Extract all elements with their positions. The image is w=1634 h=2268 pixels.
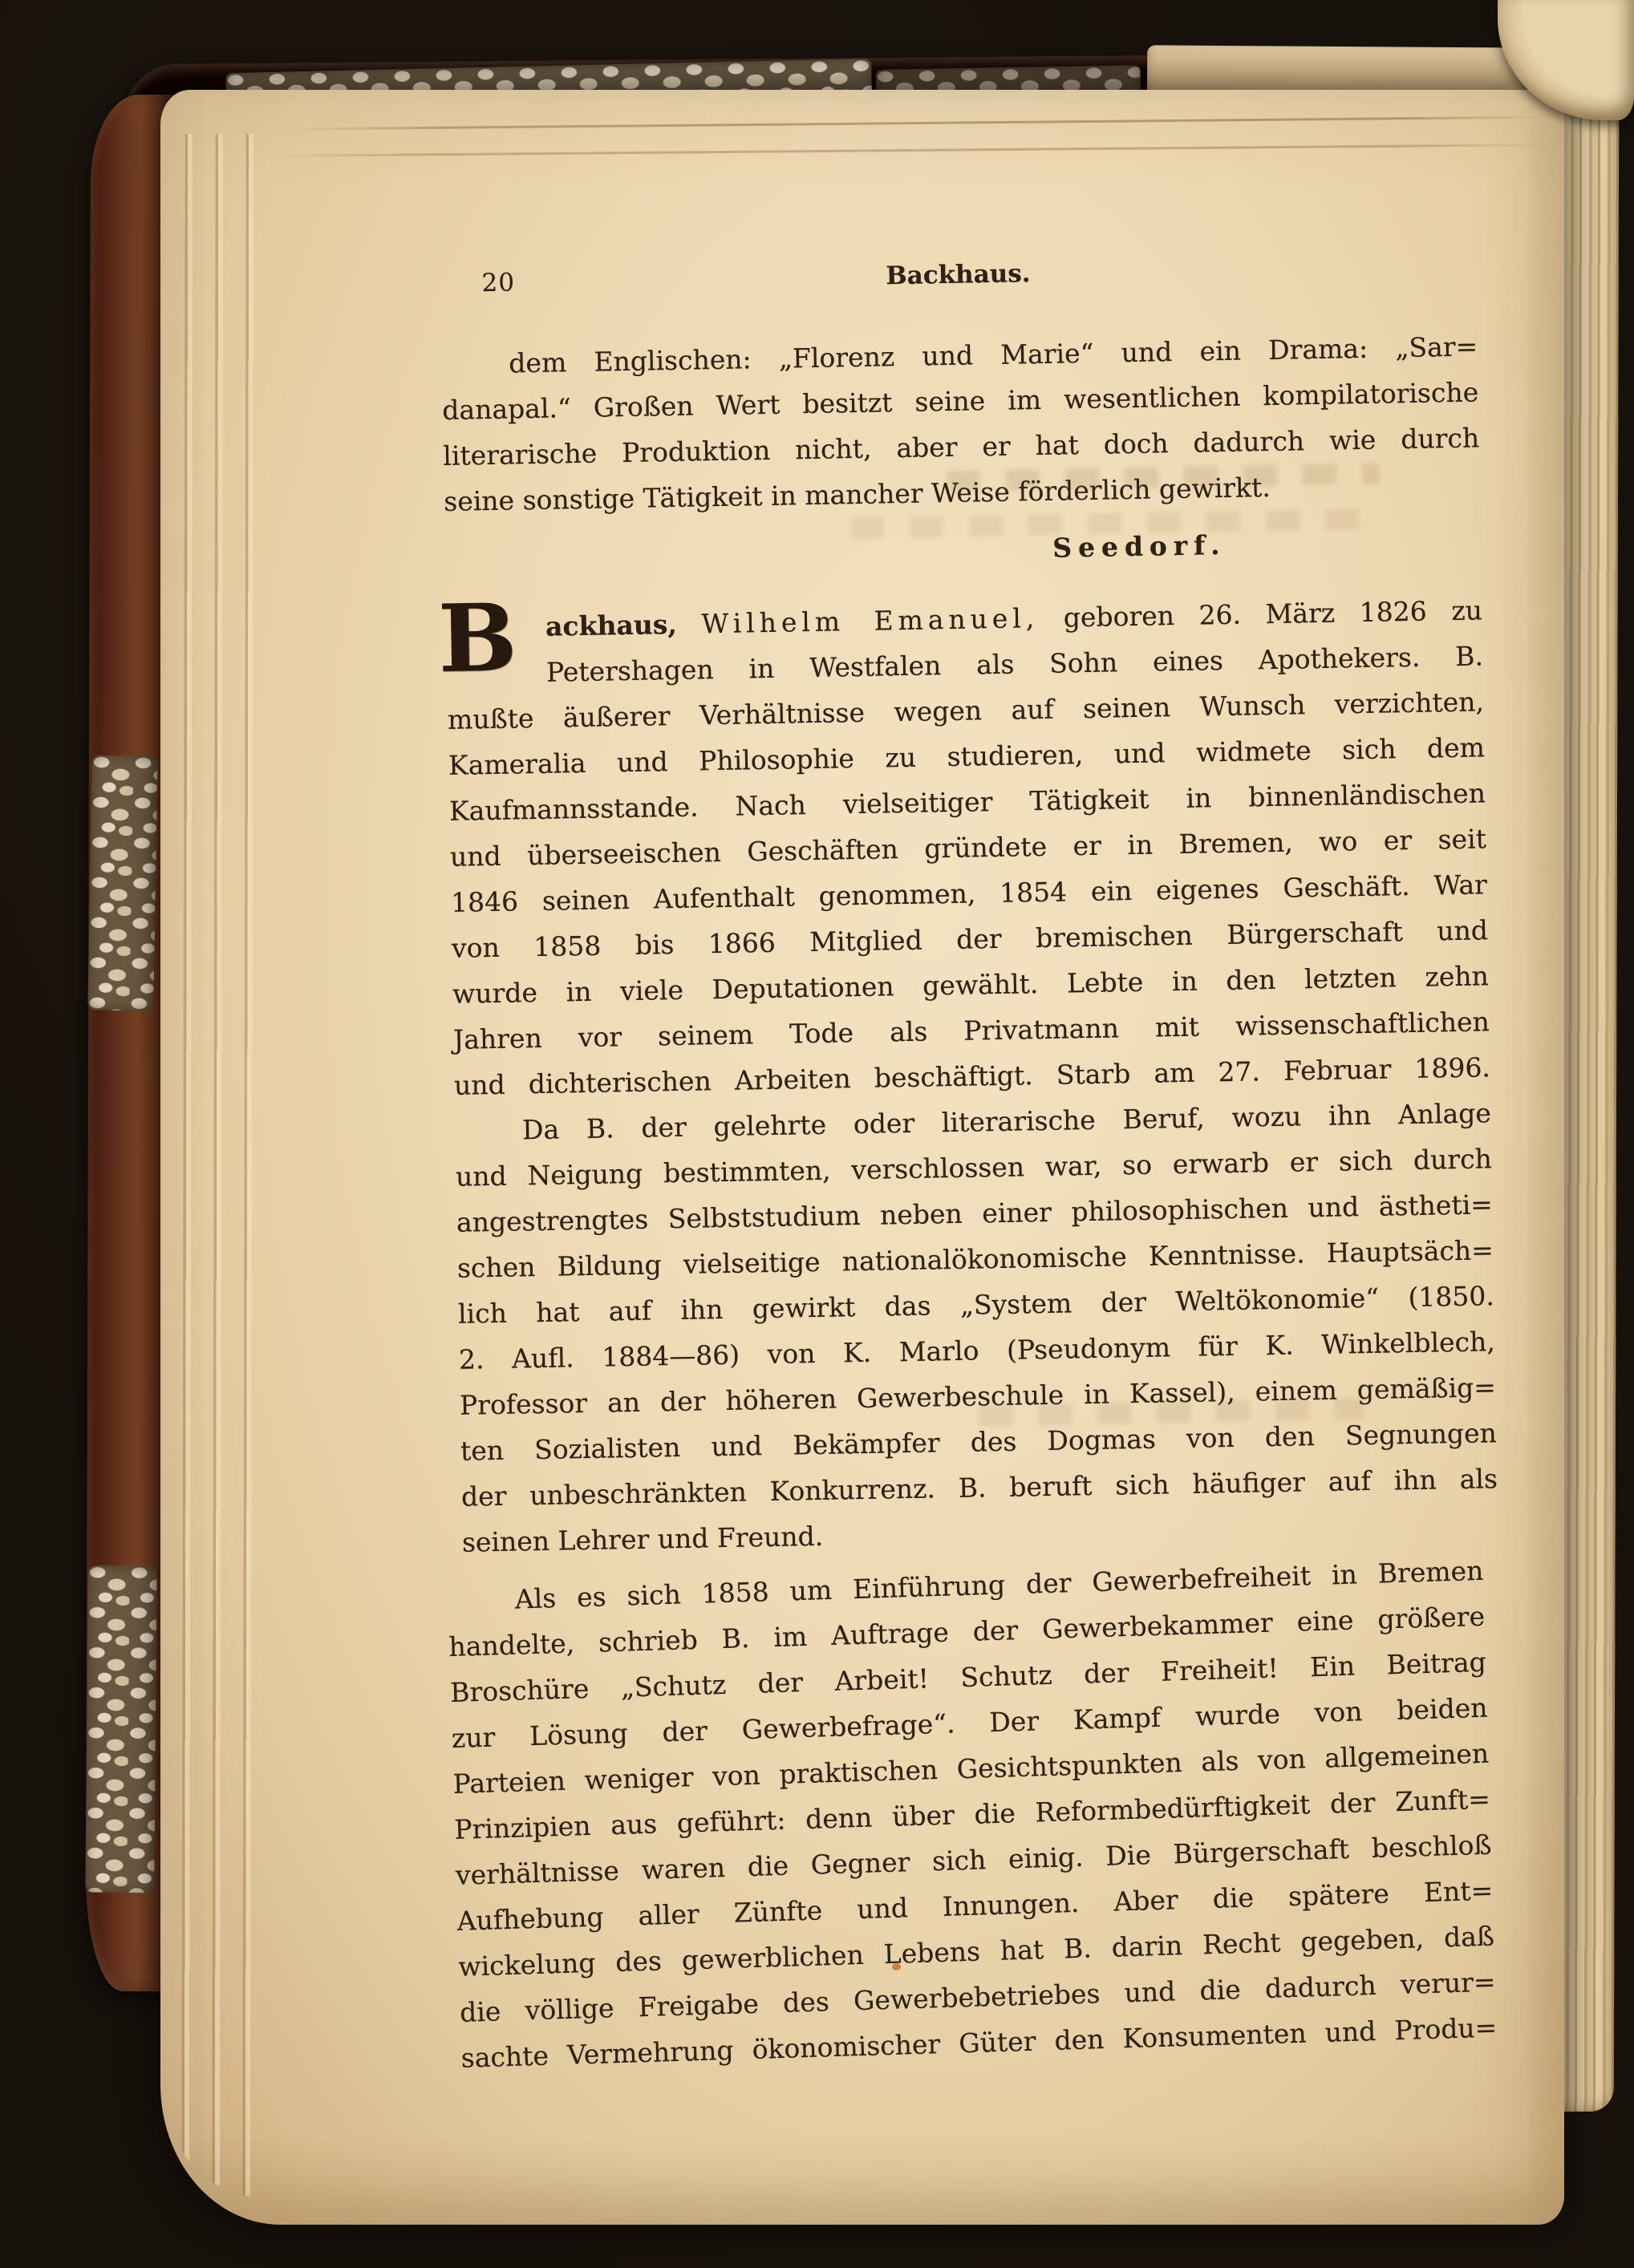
lace-texture-left-lower: [85, 1565, 157, 1893]
book-page: 20 Backhaus. dem Englischen: „Florenz un…: [160, 90, 1564, 2225]
underlying-page-edge: [265, 144, 1553, 157]
entry-headword: ackhaus,: [545, 609, 677, 642]
paragraph-continuation: dem Englischen: „Florenz und Marie“ und …: [441, 323, 1481, 524]
entry-person-name: Wilhelm Emanuel,: [701, 602, 1039, 639]
page-header: 20 Backhaus.: [440, 243, 1477, 300]
page-number: 20: [481, 260, 515, 306]
text-block: 20 Backhaus. dem Englischen: „Florenz un…: [440, 243, 1507, 2068]
entry-body: Petershagen in Westfalen als Sohn eines …: [447, 633, 1491, 1108]
entry-first-line-rest: geboren 26. März 1826 zu: [1063, 594, 1482, 633]
signature-seedorf: Seedorf.: [444, 517, 1482, 581]
running-header: Backhaus.: [440, 243, 1477, 307]
paragraph-gewerbefreiheit: Als es sich 1858 um Einführung der Gewer…: [447, 1548, 1498, 2081]
book-scan-photo: 20 Backhaus. dem Englischen: „Florenz un…: [0, 0, 1634, 2268]
entry-backhaus: B ackhaus, Wilhelm Emanuel, geboren 26. …: [446, 587, 1491, 1108]
paragraph-education: Da B. der gelehrte oder literarische Ber…: [455, 1090, 1499, 1565]
drop-cap-initial: B: [437, 591, 538, 686]
underlying-page-edge: [289, 115, 1551, 130]
underlying-page-edges-left: [168, 134, 268, 2197]
lace-texture-left-upper: [87, 755, 158, 1010]
